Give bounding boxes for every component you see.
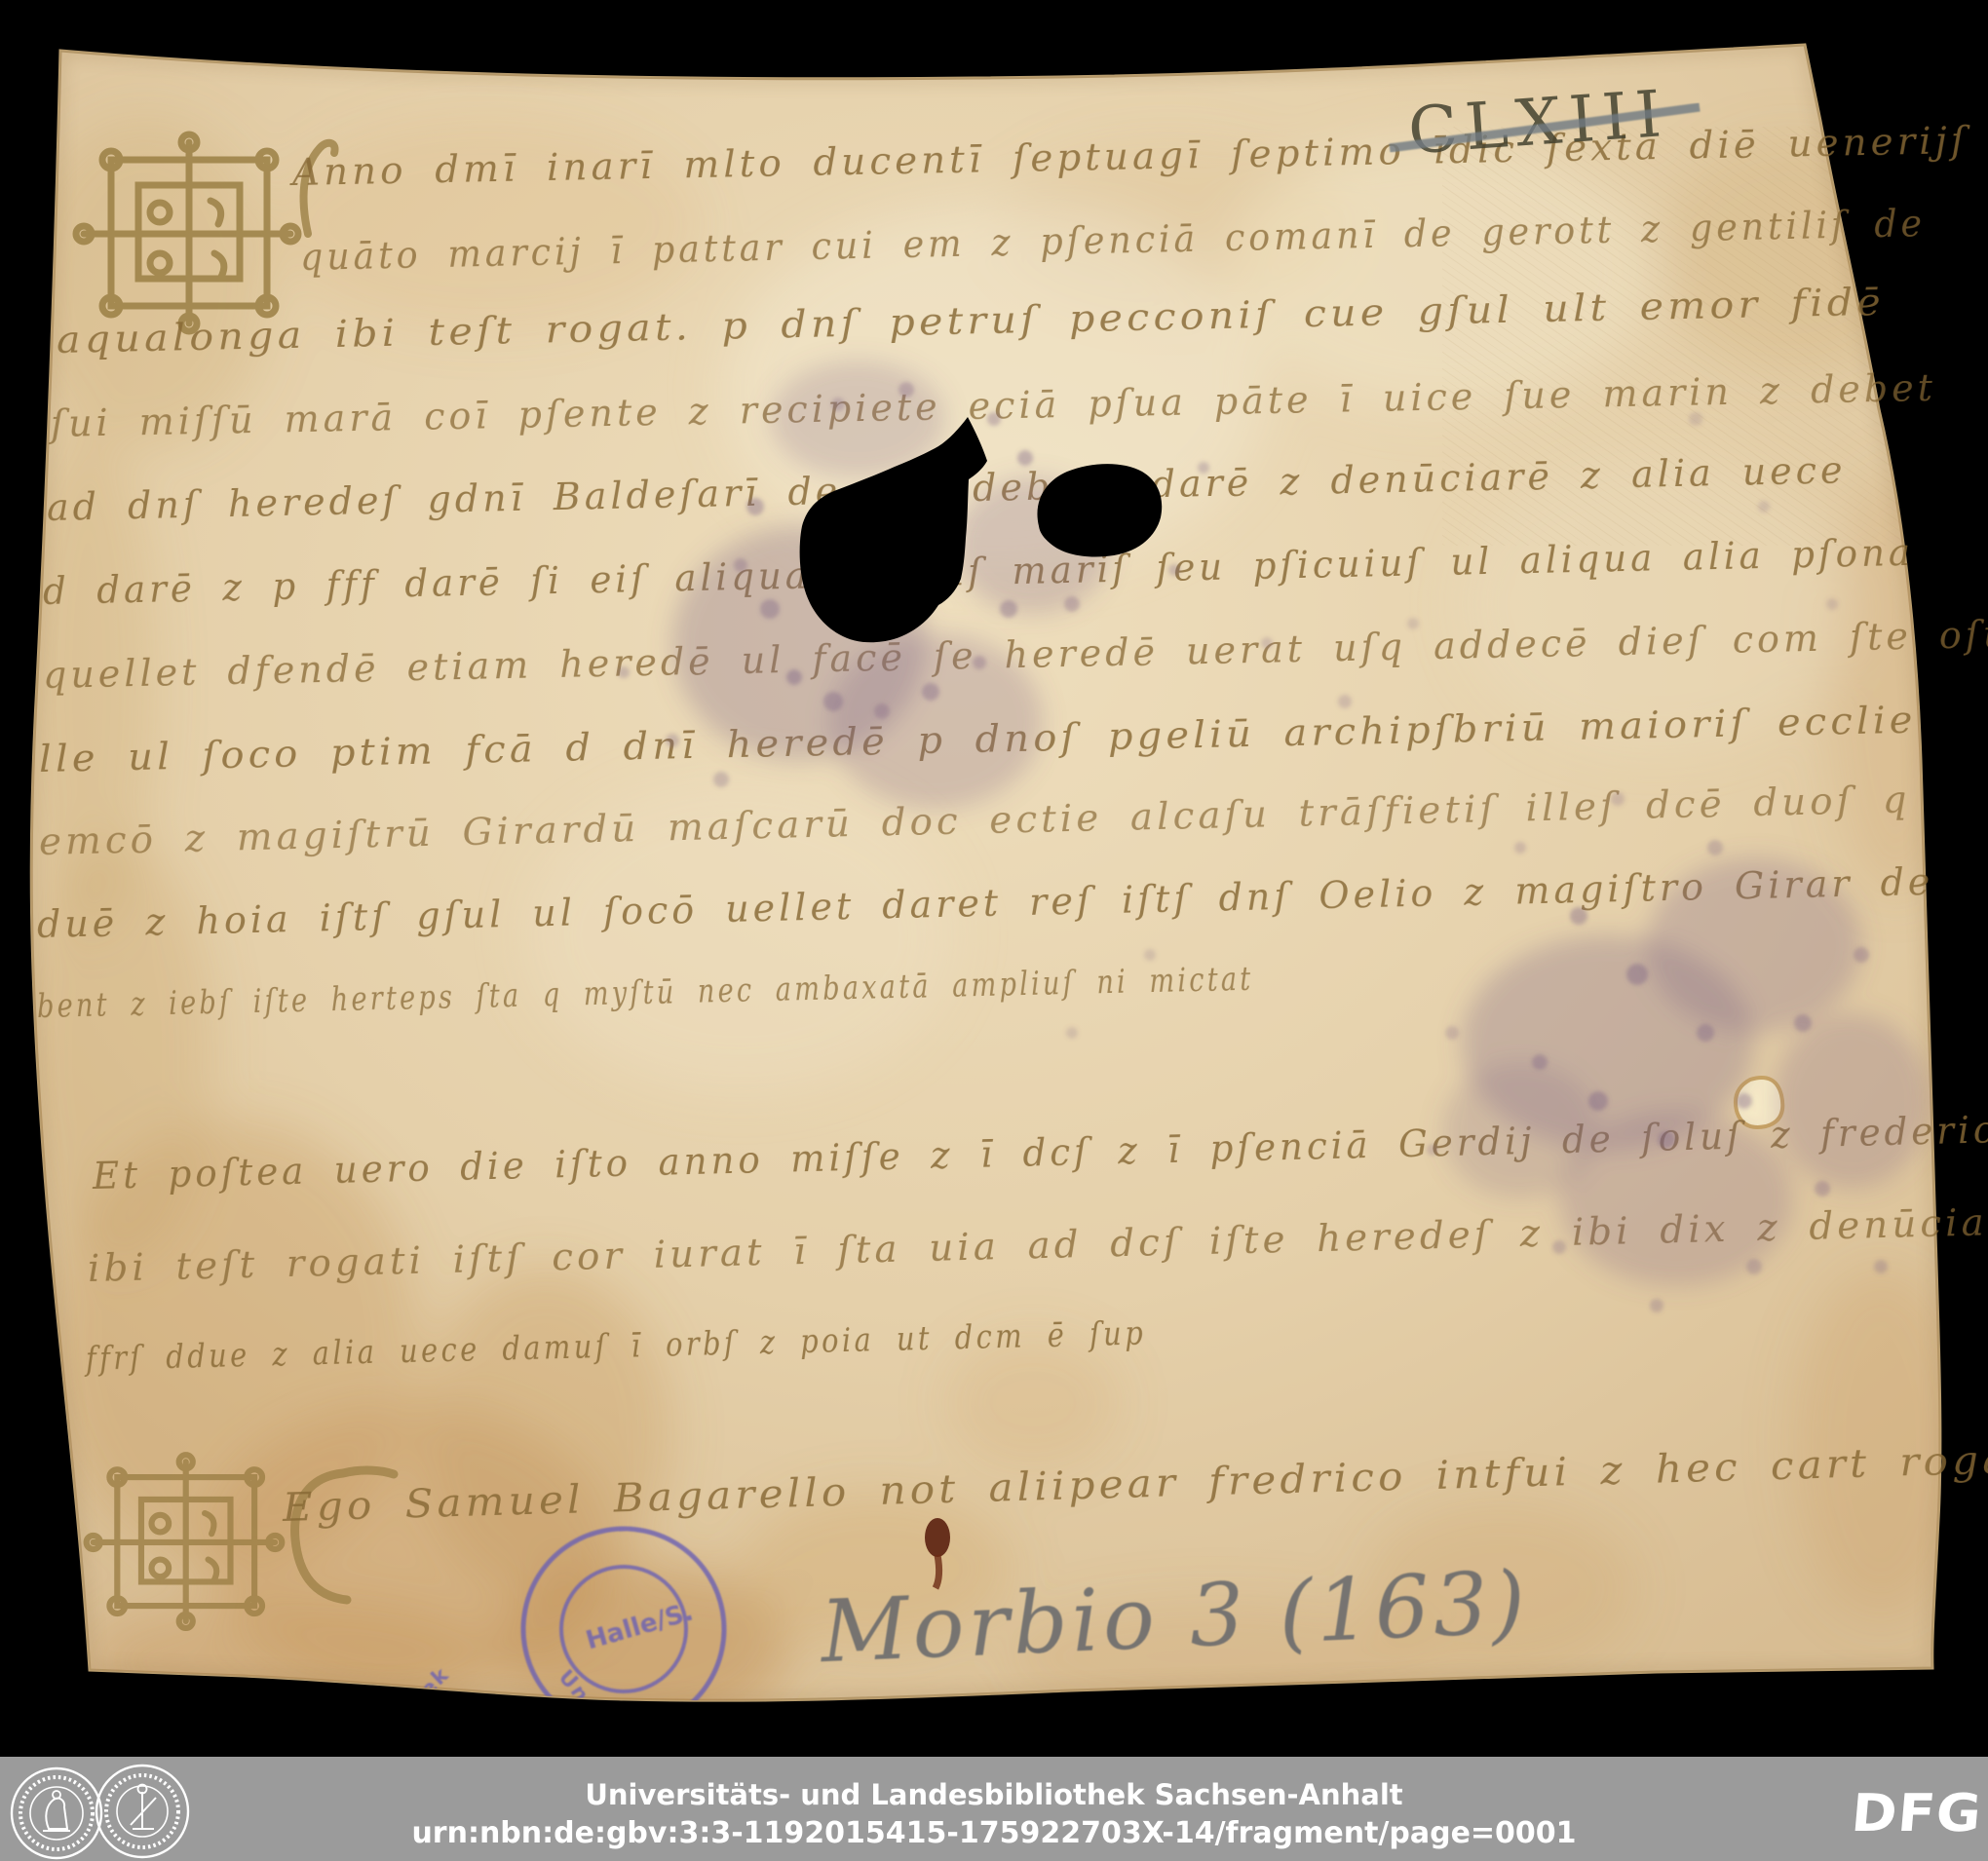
viewer-footer-bar: Universitäts- und Landesbibliothek Sachs… <box>0 1757 1988 1861</box>
mould-speckle <box>618 361 1930 1312</box>
stamp-center-text: Halle/S. <box>583 1597 697 1655</box>
scan-viewer-page: Anno dmī inarī mlto ducentī ſeptuagī ſep… <box>0 0 1988 1861</box>
shelfmark-roman-numeral: CLXIII <box>1406 76 1671 169</box>
parchment-hole-oval <box>1037 464 1162 556</box>
crossed-out-shelfmark: CLXIII <box>1406 76 1671 169</box>
dfg-logo: DFG <box>1849 1784 1980 1844</box>
urn-label: urn:nbn:de:gbv:3:3-1192015415-175922703X… <box>0 1816 1988 1850</box>
library-name-label: Universitäts- und Landesbibliothek Sachs… <box>0 1778 1988 1811</box>
